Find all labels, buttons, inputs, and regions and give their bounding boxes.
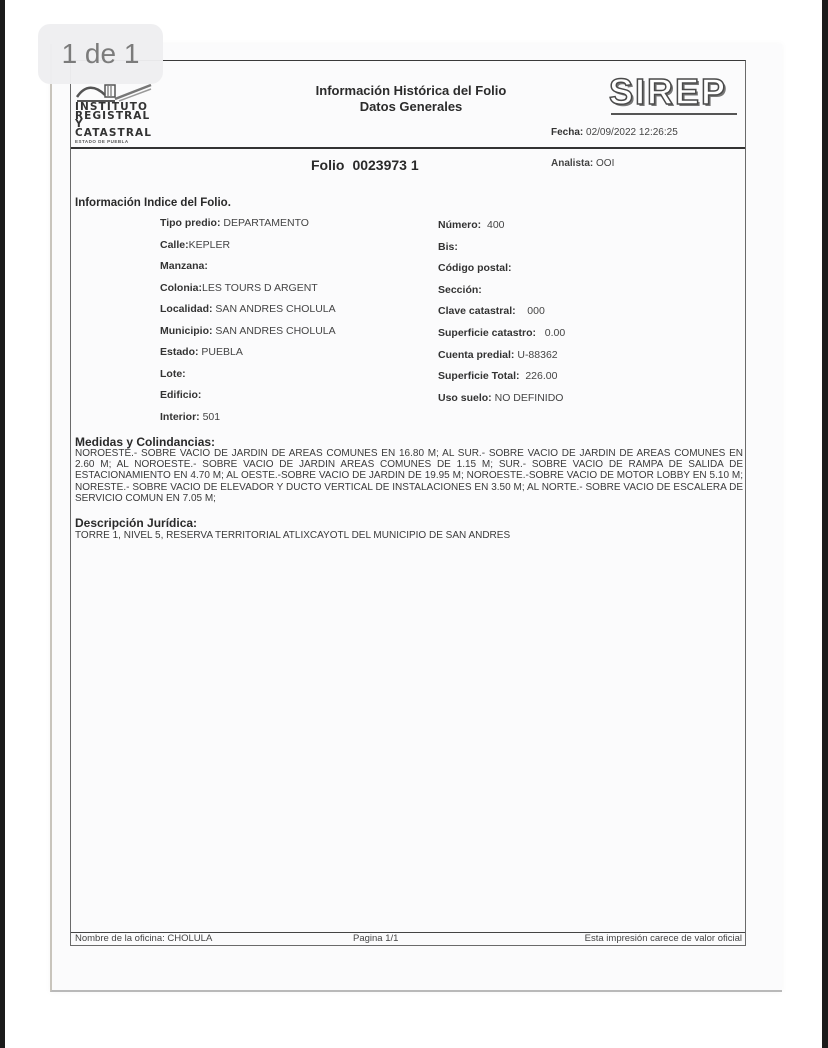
viewer-right-edge [822,0,828,1048]
field-label: Cuenta predial: [438,349,514,361]
field-value: DEPARTAMENTO [220,217,309,229]
field-value: 000 [516,305,545,317]
field-label: Estado: [160,346,199,358]
analista-label: Analista: [551,158,593,169]
field-label: Lote: [160,368,186,380]
logo-line-2: REGISTRAL Y [75,112,155,129]
indice-field: Lote: [160,368,186,380]
fecha-field: Fecha: 02/09/2022 12:26:25 [551,127,678,138]
logo-line-3: CATASTRAL [75,129,155,138]
logo-subtitle: ESTADO DE PUEBLA [75,139,155,144]
footer-pagina: Pagina 1/1 [353,933,398,944]
field-value: 226.00 [519,370,557,382]
title-line-2: Datos Generales [271,99,551,115]
field-value: SAN ANDRES CHOLULA [213,325,336,337]
document-title: Información Histórica del Folio Datos Ge… [271,83,551,115]
field-label: Clave catastral: [438,305,516,317]
analista-value: OOI [596,158,614,169]
field-label: Código postal: [438,262,512,274]
document-footer: Nombre de la oficina: CHOLULA Pagina 1/1… [71,932,745,945]
indice-field: Uso suelo: NO DEFINIDO [438,392,563,404]
field-label: Interior: [160,411,200,423]
footer-aviso: Esta impresión carece de valor oficial [585,933,742,944]
fecha-value: 02/09/2022 12:26:25 [586,127,678,138]
footer-oficina: Nombre de la oficina: CHOLULA [75,933,212,944]
field-label: Tipo predio: [160,217,220,229]
page-indicator: 1 de 1 [38,24,163,84]
indice-field: Código postal: [438,262,512,274]
indice-field: Edificio: [160,389,201,401]
field-value: LES TOURS D ARGENT [202,282,318,294]
brand-underline [611,113,737,115]
field-label: Manzana: [160,260,208,272]
fecha-label: Fecha: [551,127,583,138]
indice-field: Cuenta predial: U-88362 [438,349,558,361]
document-header: INSTITUTO REGISTRAL Y CATASTRAL ESTADO D… [71,61,745,149]
indice-field: Superficie Total: 226.00 [438,370,557,382]
field-label: Localidad: [160,303,213,315]
indice-field: Localidad: SAN ANDRES CHOLULA [160,303,336,315]
sirep-brand: SIREP [609,71,727,113]
building-logo-icon [75,81,153,103]
field-value: U-88362 [514,349,557,361]
indice-field: Estado: PUEBLA [160,346,243,358]
indice-field: Calle:KEPLER [160,239,230,251]
indice-field: Sección: [438,284,482,296]
indice-field: Bis: [438,241,458,253]
descripcion-title: Descripción Jurídica: [75,516,197,530]
field-label: Superficie catastro: [438,327,536,339]
field-value: NO DEFINIDO [492,392,564,404]
indice-field: Número: 400 [438,219,505,231]
field-label: Uso suelo: [438,392,492,404]
field-value: SAN ANDRES CHOLULA [213,303,336,315]
medidas-text: NOROESTE.- SOBRE VACIO DE JARDIN DE AREA… [75,448,743,504]
field-label: Edificio: [160,389,201,401]
field-value: 400 [481,219,504,231]
folio-number: Folio0023973 1 [311,157,419,173]
field-label: Municipio: [160,325,213,337]
indice-field: Tipo predio: DEPARTAMENTO [160,217,309,229]
indice-field: Clave catastral: 000 [438,305,545,317]
indice-title: Información Indice del Folio. [75,197,231,209]
field-value: PUEBLA [199,346,243,358]
analista-field: Analista: OOI [551,158,614,169]
indice-field: Manzana: [160,260,208,272]
folio-label: Folio [311,157,344,173]
medidas-title: Medidas y Colindancias: [75,435,215,449]
field-label: Número: [438,219,481,231]
institute-logo: INSTITUTO REGISTRAL Y CATASTRAL ESTADO D… [75,81,155,144]
field-value: 0.00 [536,327,565,339]
indice-field: Interior: 501 [160,411,220,423]
field-label: Superficie Total: [438,370,519,382]
indice-field: Colonia:LES TOURS D ARGENT [160,282,318,294]
indice-field: Municipio: SAN ANDRES CHOLULA [160,325,336,337]
folio-value: 0023973 1 [352,157,418,173]
viewer-left-edge [0,0,5,1048]
field-label: Colonia: [160,282,202,294]
field-label: Sección: [438,284,482,296]
descripcion-text: TORRE 1, NIVEL 5, RESERVA TERRITORIAL AT… [75,530,510,541]
field-value: KEPLER [189,239,230,251]
field-value: 501 [200,411,220,423]
document-form: INSTITUTO REGISTRAL Y CATASTRAL ESTADO D… [70,60,746,946]
field-label: Bis: [438,241,458,253]
field-label: Calle: [160,239,189,251]
title-line-1: Información Histórica del Folio [271,83,551,99]
indice-field: Superficie catastro: 0.00 [438,327,565,339]
